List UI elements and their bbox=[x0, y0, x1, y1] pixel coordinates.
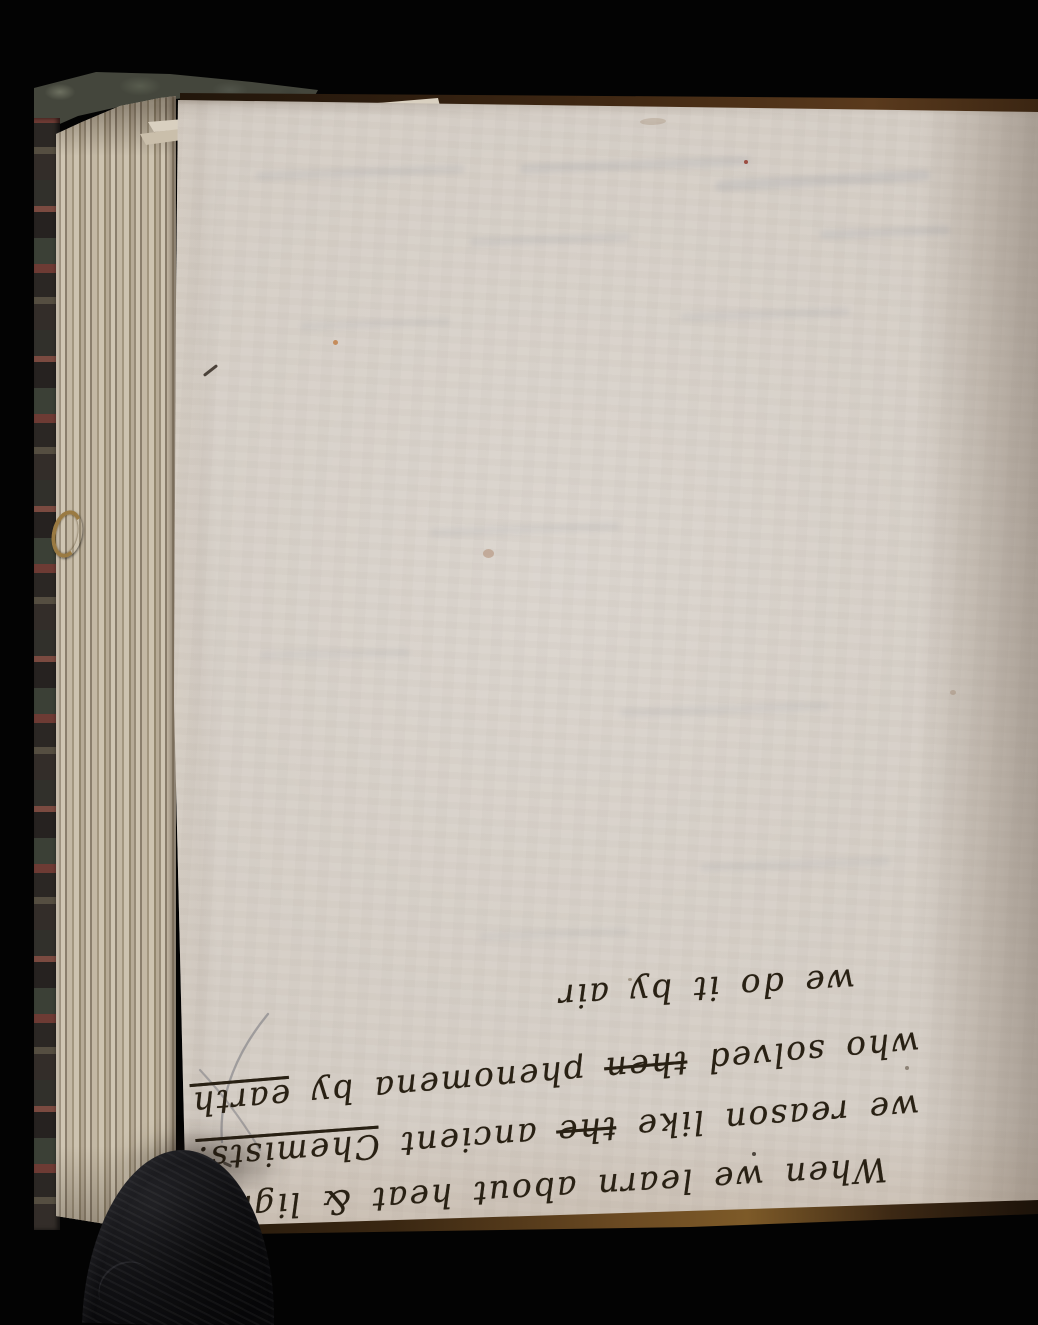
handwriting-word-run: we reason like bbox=[615, 1087, 921, 1148]
handwriting-word-run: ancient bbox=[378, 1114, 557, 1166]
handwriting-block: When we learn about heat & lightwe reaso… bbox=[205, 933, 931, 1215]
handwriting-word-run: who solved bbox=[686, 1024, 921, 1082]
handwriting-word-run: earth bbox=[190, 1077, 292, 1124]
foxing-speck bbox=[744, 160, 748, 164]
handwriting-word-run: the bbox=[555, 1109, 618, 1152]
page-stack-fore-edge bbox=[56, 96, 176, 1232]
photo-frame: When we learn about heat & lightwe reaso… bbox=[0, 0, 1038, 1325]
handwriting-word-run: then bbox=[603, 1044, 689, 1090]
foxing-speck bbox=[950, 690, 956, 695]
foxing-speck bbox=[483, 549, 494, 558]
handwriting-word-run: phenomena by bbox=[289, 1050, 606, 1115]
handwriting-line: we do it by air bbox=[206, 962, 856, 1034]
handwriting-word-run: we do it by air bbox=[556, 961, 856, 1017]
foxing-speck bbox=[333, 340, 338, 345]
